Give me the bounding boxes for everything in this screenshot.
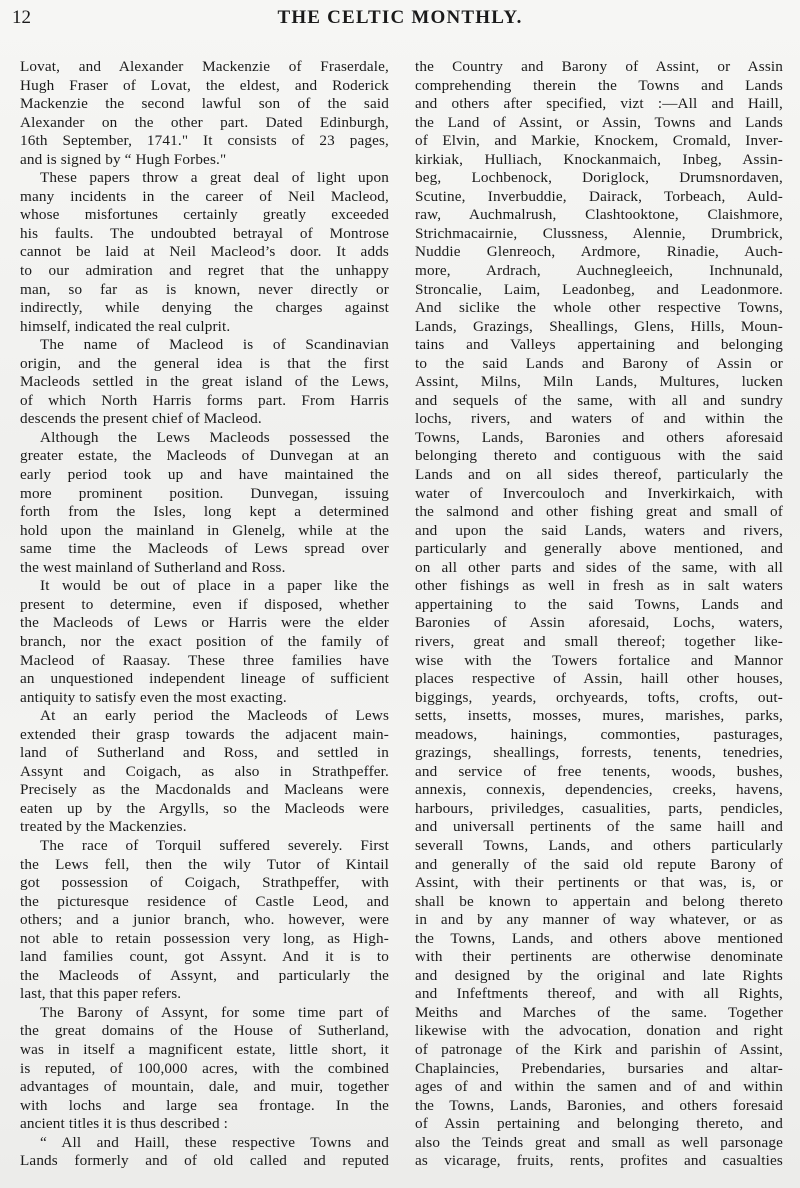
text-line: got possession of Coigach, Strathpeffer,… (20, 874, 389, 893)
text-line: last, that this paper refers. (20, 985, 389, 1004)
text-line: harbours, priviledges, casualities, part… (415, 800, 783, 819)
text-line: beg, Lochbenock, Doriglock, Drumsnordave… (415, 169, 783, 188)
text-line: Hugh Fraser of Lovat, the eldest, and Ro… (20, 77, 389, 96)
text-line: Lands, Grazings, Sheallings, Glens, Hill… (415, 318, 783, 337)
document-page: 12 THE CELTIC MONTHLY. Lovat, and Alexan… (0, 0, 800, 1188)
text-line: And siclike the whole other respective T… (415, 299, 783, 318)
text-line: early period took up and have maintained… (20, 466, 389, 485)
text-line: and sequels of the same, with all and su… (415, 392, 783, 411)
text-line: rivers, great and small thereof; togethe… (415, 633, 783, 652)
text-line: water of Invercouloch and Inverkirkaich,… (415, 485, 783, 504)
text-line: biggings, yeards, orchyeards, tofts, cro… (415, 689, 783, 708)
text-line: branch, nor the exact position of the fa… (20, 633, 389, 652)
text-line: ages of and within the samen and of and … (415, 1078, 783, 1097)
text-line: and is signed by “ Hugh Forbes." (20, 151, 389, 170)
right-column: the Country and Barony of Assint, or Ass… (415, 58, 783, 1171)
text-line: comprehending therein the Towns and Land… (415, 77, 783, 96)
text-line: The Barony of Assynt, for some time part… (20, 1004, 389, 1023)
text-line: forth from the Isles, long kept a determ… (20, 503, 389, 522)
text-line: Assint, with their pertinents or that wa… (415, 874, 783, 893)
text-line: annexis, connexis, dependencies, creeks,… (415, 781, 783, 800)
text-line: origin, and the general idea is that the… (20, 355, 389, 374)
text-line: and others after specified, vizt :—All a… (415, 95, 783, 114)
text-line: an unquestioned independent lineage of s… (20, 670, 389, 689)
text-line: Stroncalie, Laim, Leadonbeg, and Leadonm… (415, 281, 783, 300)
text-line: to the said Lands and Barony of Assin or (415, 355, 783, 374)
text-line: setts, insetts, mosses, mures, marishes,… (415, 707, 783, 726)
text-line: the Macleods of Assynt, and particularly… (20, 967, 389, 986)
text-line: the great domains of the House of Suther… (20, 1022, 389, 1041)
text-line: kirkiak, Hulliach, Knockanmaich, Inbeg, … (415, 151, 783, 170)
text-line: descends the present chief of Macleod. (20, 410, 389, 429)
text-line: Assint, Milns, Miln Lands, Multures, luc… (415, 373, 783, 392)
text-line: Precisely as the Macdonalds and Macleans… (20, 781, 389, 800)
text-line: 16th September, 1741." It consists of 23… (20, 132, 389, 151)
text-line: of Assin pertaining and belonging theret… (415, 1115, 783, 1134)
text-line: himself, indicated the real culprit. (20, 318, 389, 337)
text-line: ancient titles it is thus described : (20, 1115, 389, 1134)
text-line: Assynt and Coigach, as also in Strathpef… (20, 763, 389, 782)
text-line: The race of Torquil suffered severely. F… (20, 837, 389, 856)
text-line: the Country and Barony of Assint, or Ass… (415, 58, 783, 77)
text-line: Macleods settled in the great island of … (20, 373, 389, 392)
text-line: It would be out of place in a paper like… (20, 577, 389, 596)
text-line: grazings, sheallings, forrests, tenents,… (415, 744, 783, 763)
text-line: with their pertinents are otherwise deno… (415, 948, 783, 967)
text-line: Nuddie Glenreoch, Ardmore, Rinadie, Auch… (415, 243, 783, 262)
text-line: of patronage of the Kirk and parishin of… (415, 1041, 783, 1060)
text-line: particularly and generally above mention… (415, 540, 783, 559)
text-line: lochs, rivers, and waters of and within … (415, 410, 783, 429)
text-line: the Towns, Lands, and others above menti… (415, 930, 783, 949)
text-line: his faults. The undoubted betrayal of Mo… (20, 225, 389, 244)
text-line: more, Ardrach, Auchnegleeich, Inchnunald… (415, 262, 783, 281)
text-line: with lochs and large sea frontage. In th… (20, 1097, 389, 1116)
text-line: hold upon the mainland in Glenelg, while… (20, 522, 389, 541)
text-line: also the Teinds great and small as well … (415, 1134, 783, 1153)
text-line: eaten up by the Argylls, so the Macleods… (20, 800, 389, 819)
text-line: land families count, got Assynt. And it … (20, 948, 389, 967)
text-line: as vicarage, fruits, rents, profites and… (415, 1152, 783, 1171)
text-line: was in itself a magnificent estate, litt… (20, 1041, 389, 1060)
text-line: on all other parts and sides of the same… (415, 559, 783, 578)
text-line: many incidents in the career of Neil Mac… (20, 188, 389, 207)
text-line: other fishings as well in fresh as in sa… (415, 577, 783, 596)
text-line: indirectly, while denying the charges ag… (20, 299, 389, 318)
text-line: severall Towns, Lands, and others partic… (415, 837, 783, 856)
text-line: and universall pertinents of the same ha… (415, 818, 783, 837)
text-line: likewise with the advocation, donation a… (415, 1022, 783, 1041)
text-line: greater estate, the Macleods of Dunvegan… (20, 447, 389, 466)
text-line: places respective of Assin, haill other … (415, 670, 783, 689)
text-line: raw, Auchmalrush, Clashtooktone, Claishm… (415, 206, 783, 225)
text-line: The name of Macleod is of Scandinavian (20, 336, 389, 355)
text-line: wise with the Towers fortalice and Manno… (415, 652, 783, 671)
text-line: Baronies of Assin aforesaid, Lochs, wate… (415, 614, 783, 633)
text-line: At an early period the Macleods of Lews (20, 707, 389, 726)
text-line: Lands and on all sides thereof, particul… (415, 466, 783, 485)
text-line: tains and Valleys appertaining and belon… (415, 336, 783, 355)
text-line: Strichmacairnie, Clussness, Alennie, Dru… (415, 225, 783, 244)
text-line: the salmond and other fishing great and … (415, 503, 783, 522)
text-line: man, so far as is known, never directly … (20, 281, 389, 300)
text-line: cannot be laid at Neil Macleod’s door. I… (20, 243, 389, 262)
text-line: Although the Lews Macleods possessed the (20, 429, 389, 448)
text-line: treated by the Mackenzies. (20, 818, 389, 837)
text-line: to our admiration and regret that the un… (20, 262, 389, 281)
text-line: others; and a junior branch, who. howeve… (20, 911, 389, 930)
text-line: Macleod of Raasay. These three families … (20, 652, 389, 671)
text-line: land of Sutherland and Ross, and settled… (20, 744, 389, 763)
text-line: of which North Harris forms part. From H… (20, 392, 389, 411)
text-line: and upon the said Lands, waters and rive… (415, 522, 783, 541)
text-line: Mackenzie the second lawful son of the s… (20, 95, 389, 114)
text-line: Towns, Lands, Baronies and others afores… (415, 429, 783, 448)
text-line: the Towns, Lands, Baronies, and others f… (415, 1097, 783, 1116)
text-line: same time the Macleods of Lews spread ov… (20, 540, 389, 559)
text-line: Lovat, and Alexander Mackenzie of Fraser… (20, 58, 389, 77)
text-line: not able to retain possession very long,… (20, 930, 389, 949)
text-line: the picturesque residence of Castle Leod… (20, 893, 389, 912)
text-line: is reputed, of 100,000 acres, with the c… (20, 1060, 389, 1079)
text-line: the Land of Assint, or Assin, Towns and … (415, 114, 783, 133)
text-line: and service of free tenents, woods, bush… (415, 763, 783, 782)
text-line: and Infeftments thereof, and with all Ri… (415, 985, 783, 1004)
text-line: belonging thereto and contiguous with th… (415, 447, 783, 466)
text-line: Scutine, Inverbuddie, Dairack, Torbeach,… (415, 188, 783, 207)
text-line: and generally of the said old repute Bar… (415, 856, 783, 875)
text-line: “ All and Haill, these respective Towns … (20, 1134, 389, 1153)
text-line: the Lews fell, then the wily Tutor of Ki… (20, 856, 389, 875)
running-header: 12 THE CELTIC MONTHLY. (0, 3, 800, 29)
text-line: the Macleods of Lews or Harris were the … (20, 614, 389, 633)
text-line: extended their grasp towards the adjacen… (20, 726, 389, 745)
text-line: appertaining to the said Towns, Lands an… (415, 596, 783, 615)
text-line: whose misfortunes certainly greatly exce… (20, 206, 389, 225)
text-line: present to determine, even if disposed, … (20, 596, 389, 615)
text-line: shall be known to appertain and belong t… (415, 893, 783, 912)
text-line: Chaplaincies, Prebendaries, bursaries an… (415, 1060, 783, 1079)
text-line: Lands formerly and of old called and rep… (20, 1152, 389, 1171)
text-line: and designed by the original and late Ri… (415, 967, 783, 986)
running-title: THE CELTIC MONTHLY. (0, 7, 800, 29)
text-line: meadows, hainings, commonties, pasturage… (415, 726, 783, 745)
text-line: Meiths and Marches of the same. Together (415, 1004, 783, 1023)
text-line: the west mainland of Sutherland and Ross… (20, 559, 389, 578)
text-line: advantages of mountain, dale, and muir, … (20, 1078, 389, 1097)
text-line: in and by any manner of way whatever, or… (415, 911, 783, 930)
text-line: of Elvin, and Markie, Knockem, Cromald, … (415, 132, 783, 151)
text-line: antiquity to satisfy even the most exact… (20, 689, 389, 708)
text-line: These papers throw a great deal of light… (20, 169, 389, 188)
text-line: more prominent position. Dunvegan, issui… (20, 485, 389, 504)
text-line: Alexander on the other part. Dated Edinb… (20, 114, 389, 133)
left-column: Lovat, and Alexander Mackenzie of Fraser… (20, 58, 389, 1171)
